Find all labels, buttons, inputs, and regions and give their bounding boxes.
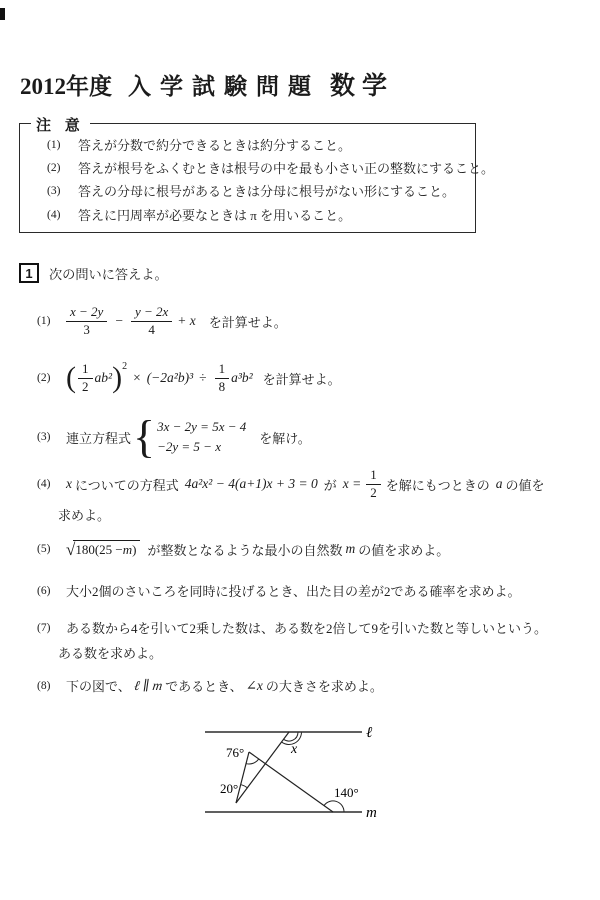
angle-x-term: ∠x [246,678,263,694]
radicand-right: ) [132,542,136,558]
question-text: が [324,475,337,494]
radicand-left: 180(25 − [75,542,122,558]
scan-registration-mark [0,8,5,20]
fraction: 1 2 [78,362,93,393]
angle-20-arc [241,785,247,788]
right-paren: ) [112,363,122,393]
fraction-denominator: 2 [78,378,93,394]
math-term: x = [343,476,361,492]
label-angle-20: 20° [220,781,238,796]
fraction-numerator: y − 2x [131,305,172,320]
question-text: の大きさを求めよ。 [266,676,383,695]
question-number: (5) [37,543,58,555]
times-operator: × [133,370,141,386]
question-8: (8) 下の図で、 ℓ ∥ m であるとき、 ∠x の大きさを求めよ。 [37,676,383,695]
notice-item-number: (3) [47,180,71,203]
question-text: の値を [506,475,545,494]
fraction-numerator: x − 2y [66,305,107,320]
problem1-lead: 次の問いに答えよ。 [49,264,168,283]
title-exam: 入学試験問題 [128,68,320,101]
radicand-variable: m [123,542,132,558]
question-suffix: を計算せよ。 [263,369,341,388]
label-angle-140: 140° [334,785,359,800]
question-suffix: を計算せよ。 [209,312,287,331]
notice-item-text: 答えの分母に根号があるときは分母に根号がない形にすること。 [78,180,455,203]
question-text: 下の図で、 [66,676,131,695]
question-number: (7) [37,622,58,634]
question-number: (2) [37,372,58,384]
question-6: (6) 大小2個のさいころを同時に投げるとき、出た目の差が2である確率を求めよ。 [37,581,520,600]
question-suffix: を解け。 [259,428,310,447]
question-7-line1: (7) ある数から4を引いて2乗した数は、ある数を2倍して9を引いた数と等しいと… [37,618,547,637]
notice-item-number: (1) [47,134,71,157]
notice-item-text: 答えが分数で約分できるときは約分すること。 [78,134,351,157]
left-paren: ( [66,363,76,393]
angle-140-arc [324,801,344,812]
question-number: (3) [37,431,58,443]
fraction-denominator: 2 [366,484,381,500]
fraction-denominator: 4 [131,321,172,337]
fraction-numerator: 1 [215,362,230,377]
equation-system: 3x − 2y = 5x − 4 −2y = 5 − x [157,419,246,455]
math-term: a³b² [231,370,253,386]
math-term: a [496,476,503,492]
question-3: (3) 連立方程式 { 3x − 2y = 5x − 4 −2y = 5 − x… [37,414,311,460]
question-7-line2: ある数を求めよ。 [58,643,162,662]
question-2: (2) ( 1 2 ab² ) 2 × (−2a²b)³ ÷ 1 8 a³b² … [37,360,341,396]
angle-76-arc [246,759,258,764]
question-number: (6) [37,585,58,597]
minus-operator: − [115,313,123,329]
question-text: についての方程式 [75,475,179,494]
notice-item: (2) 答えが根号をふくむときは根号の中を最も小さい正の整数にすること。 [20,157,475,180]
parallel-lines-term: ℓ ∥ m [133,678,164,694]
transversal-lower [249,752,333,812]
title-subject: 数学 [330,66,394,102]
fraction: 1 8 [215,362,230,393]
question-4-line2: 求めよ。 [58,505,110,524]
math-term: 4a²x² − 4(a+1)x + 3 = 0 [185,476,318,492]
fraction-numerator: 1 [78,362,93,377]
math-term: ab² [95,370,113,386]
page-title: 2012年度 入学試験問題 数学 [20,66,394,102]
question-number: (8) [37,680,58,692]
math-term: (−2a²b)³ [147,370,193,386]
label-angle-76: 76° [226,745,244,760]
problem1-header: 1 次の問いに答えよ。 [19,263,168,283]
radicand: 180(25 − m) [73,540,139,558]
fraction-denominator: 8 [215,378,230,394]
math-term: + x [177,313,195,329]
divide-operator: ÷ [199,370,206,386]
notice-legend: 注 意 [31,114,90,135]
question-4-line1: (4) x についての方程式 4a²x² − 4(a+1)x + 3 = 0 が… [37,471,545,497]
question-text: が整数となるような最小の自然数 [148,540,343,559]
question-text: ある数から4を引いて2乗した数は、ある数を2倍して9を引いた数と等しいという。 [66,618,547,637]
fraction-numerator: 1 [366,468,381,483]
question-text: 大小2個のさいころを同時に投げるとき、出た目の差が2である確率を求めよ。 [66,581,520,600]
notice-item: (3) 答えの分母に根号があるときは分母に根号がない形にすること。 [20,180,475,203]
problem1-number-box: 1 [19,263,39,283]
fraction: 1 2 [366,468,381,499]
question-lead: 連立方程式 [66,428,131,447]
radical-expression: √ 180(25 − m) [66,540,140,558]
fraction-denominator: 3 [66,321,107,337]
question-text: を解にもつときの [386,475,490,494]
math-term: x [66,476,72,492]
question-5: (5) √ 180(25 − m) が整数となるような最小の自然数 m の値を求… [37,539,449,559]
exponent: 2 [122,361,127,372]
question-text: の値を求めよ。 [358,540,449,559]
system-brace: { [133,414,155,460]
label-line-l: ℓ [366,725,372,741]
notice-item: (4) 答えに円周率が必要なときは π を用いること。 [20,204,475,227]
equation-2: −2y = 5 − x [157,439,246,455]
label-angle-x: x [290,742,298,757]
title-year: 2012年度 [20,68,112,101]
question-number: (1) [37,315,58,327]
notice-box: 注 意 (1) 答えが分数で約分できるときは約分すること。 (2) 答えが根号を… [19,123,476,233]
math-term: m [346,541,356,557]
notice-item-number: (2) [47,157,71,180]
notice-items: (1) 答えが分数で約分できるときは約分すること。 (2) 答えが根号をふくむと… [20,134,475,227]
notice-item-number: (4) [47,204,71,227]
question-text: であるとき、 [165,676,242,695]
fraction: y − 2x 4 [131,305,172,336]
notice-item-text: 答えが根号をふくむときは根号の中を最も小さい正の整数にすること。 [78,157,494,180]
question-text: ある数を求めよ。 [58,643,162,662]
question-1: (1) x − 2y 3 − y − 2x 4 + x を計算せよ。 [37,304,287,338]
notice-item: (1) 答えが分数で約分できるときは約分すること。 [20,134,475,157]
transversal-upper [236,732,289,803]
question-text: 求めよ。 [58,505,110,524]
question-number: (4) [37,478,58,490]
equation-1: 3x − 2y = 5x − 4 [157,419,246,435]
geometry-figure: ℓ m x 76° 20° 140° [150,700,430,880]
fraction: x − 2y 3 [66,305,107,336]
notice-item-text: 答えに円周率が必要なときは π を用いること。 [78,204,351,227]
label-line-m: m [366,805,377,821]
